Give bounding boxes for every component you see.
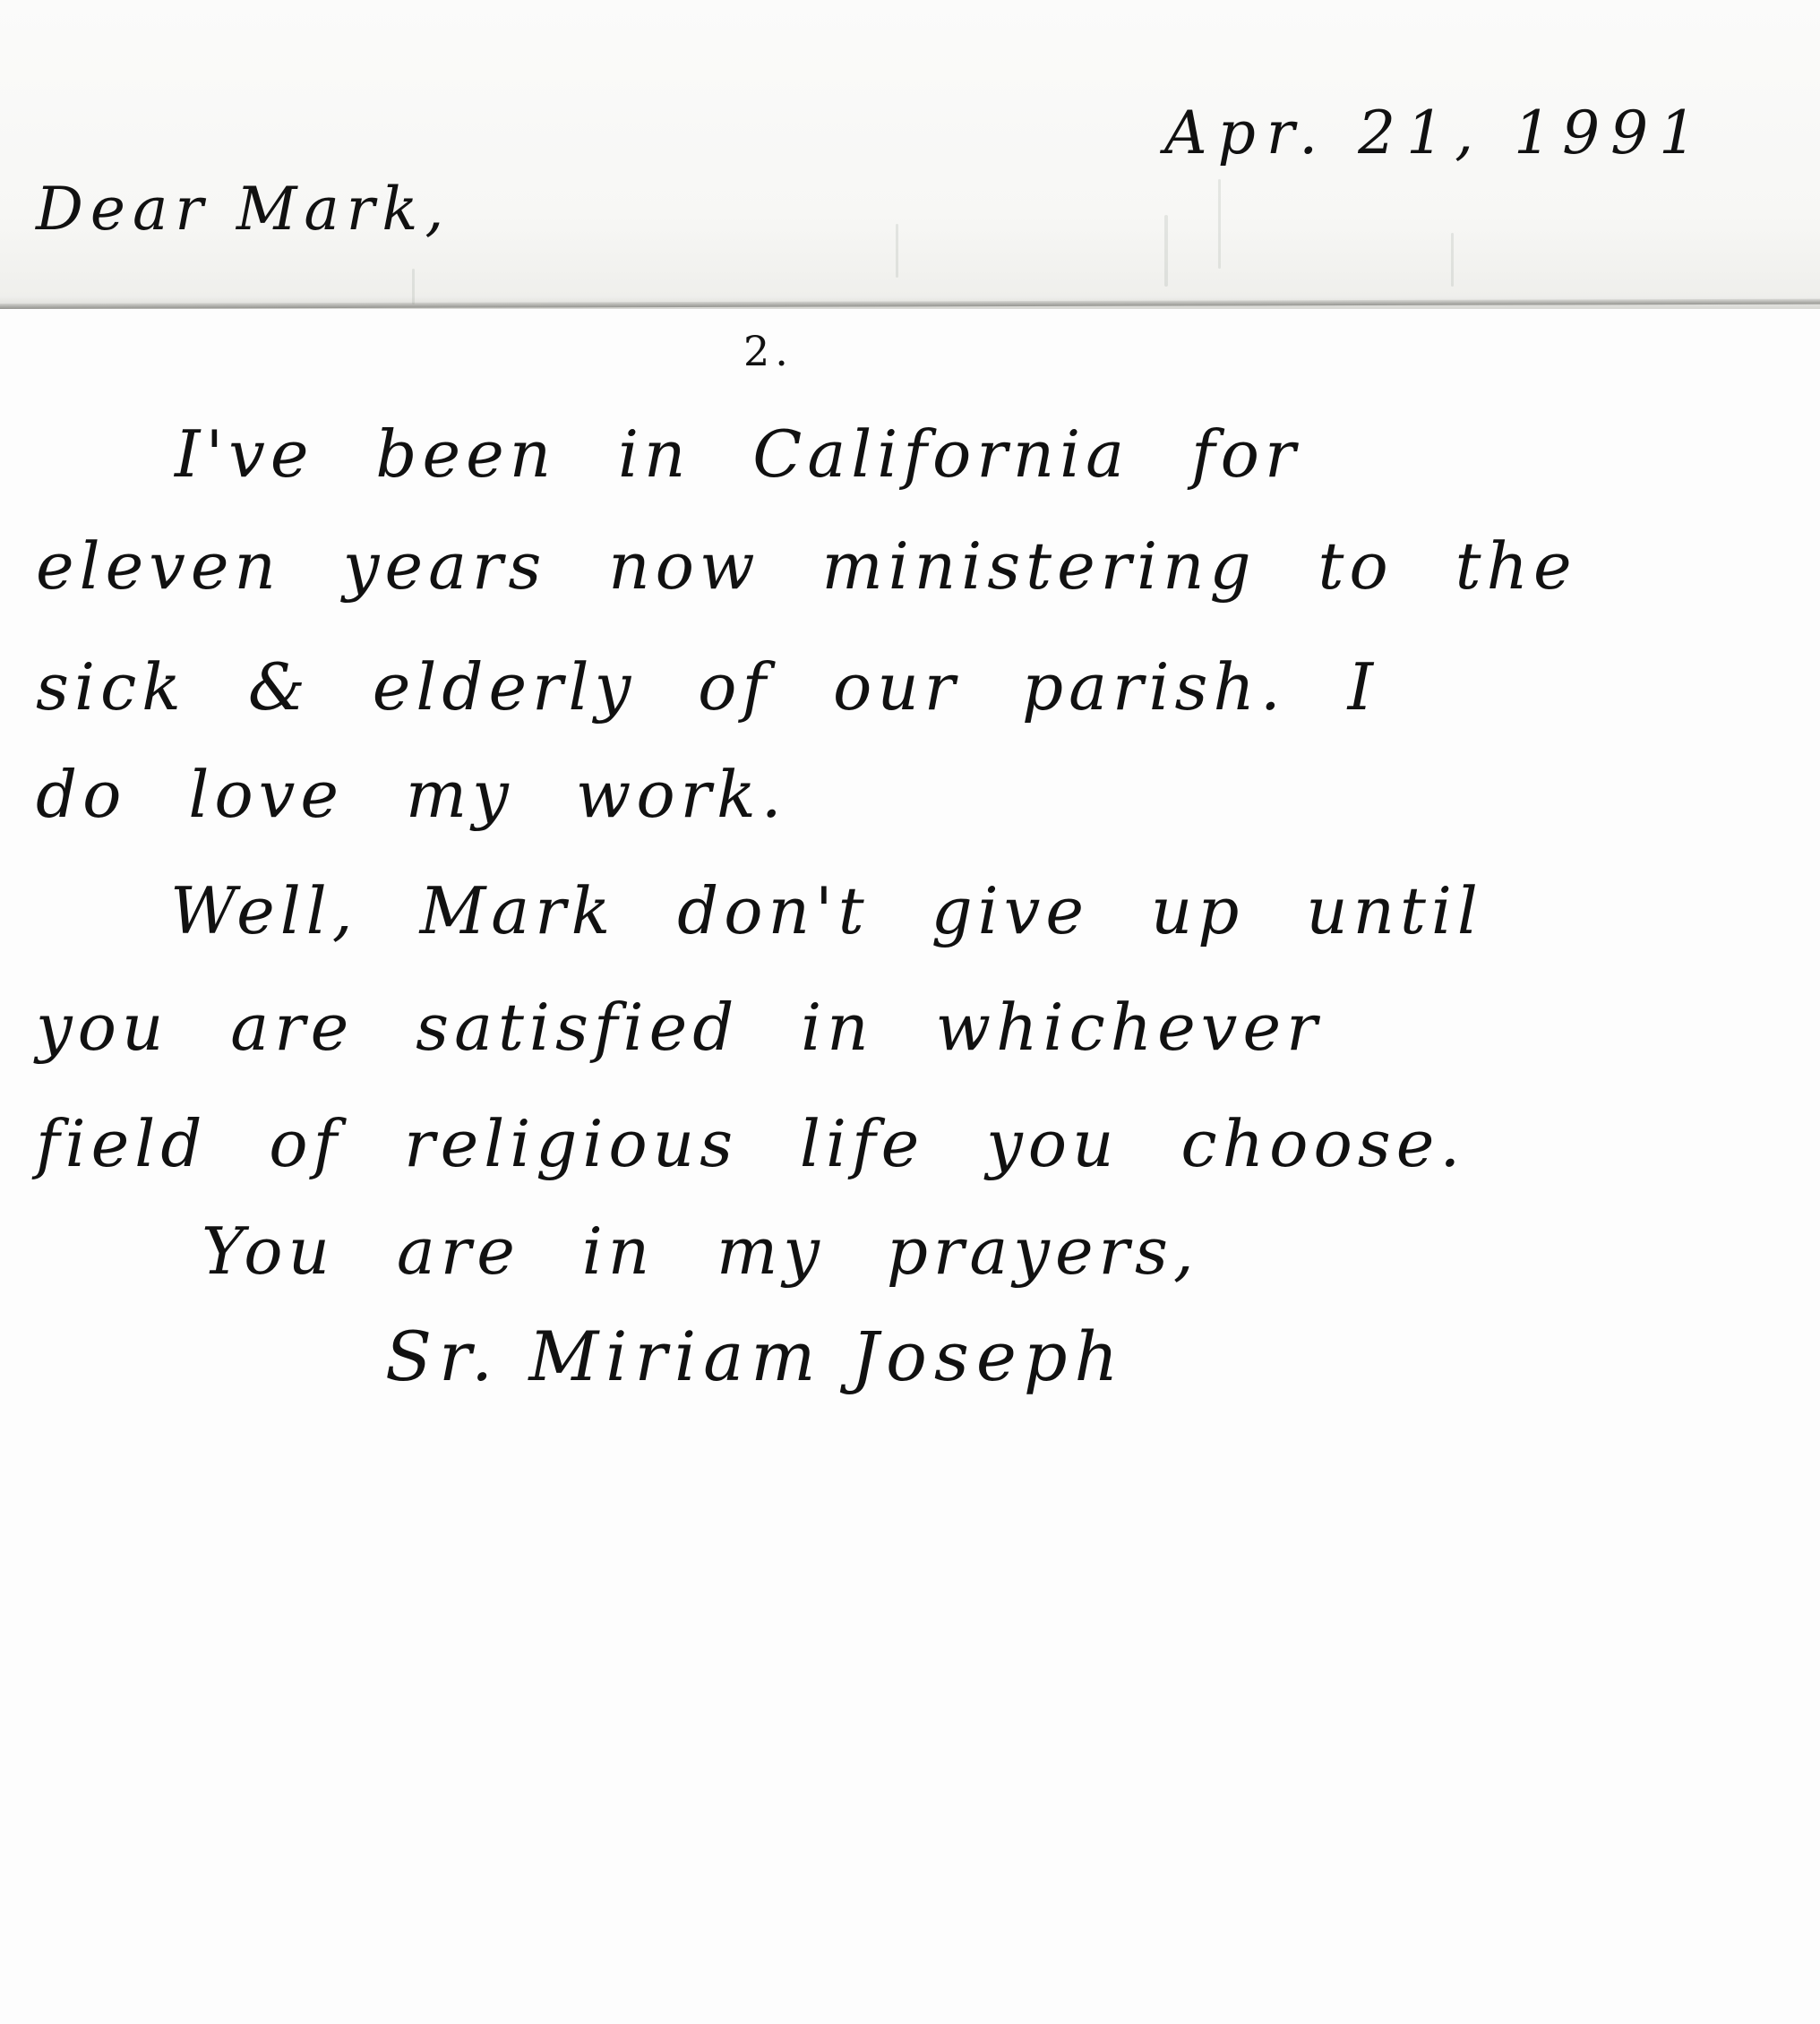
letter-line: I've been in California for	[175, 416, 1301, 492]
scan-speckle	[896, 224, 898, 278]
letter-salutation: Dear Mark,	[36, 175, 451, 244]
letter-page: Apr. 21, 1991 Dear Mark, 2. I've been in…	[0, 0, 1820, 2024]
scan-speckle	[1451, 233, 1454, 287]
scan-speckle	[412, 269, 415, 304]
letter-line: field of religious life you choose.	[36, 1106, 1465, 1181]
letter-line: You are in my prayers,	[202, 1214, 1199, 1289]
letter-signature: Sr. Miriam Joseph	[385, 1316, 1125, 1396]
letter-line: eleven years now ministering to the	[36, 528, 1577, 604]
page-number: 2.	[743, 327, 794, 375]
scan-speckle	[1164, 215, 1168, 287]
letter-line: do love my work.	[36, 757, 787, 832]
letter-date: Apr. 21, 1991	[1164, 99, 1707, 167]
letter-line: you are satisfied in whichever	[36, 990, 1323, 1065]
scan-speckle	[1218, 179, 1221, 269]
letter-line: sick & elderly of our parish. I	[36, 649, 1378, 725]
letter-line: Well, Mark don't give up until	[170, 873, 1483, 948]
